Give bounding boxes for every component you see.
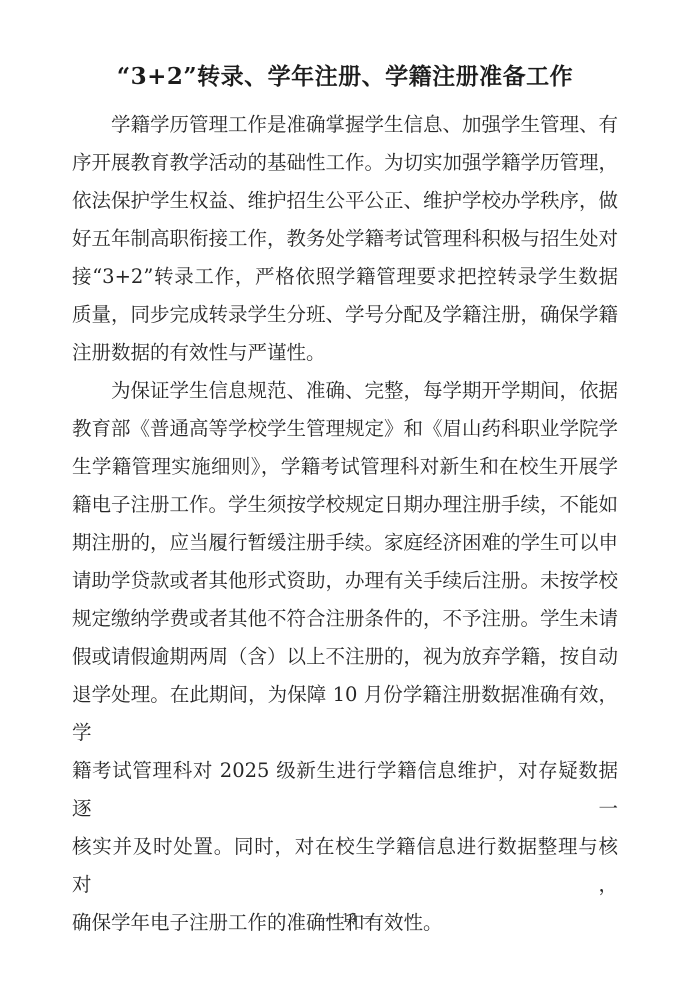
- paragraph-line: 学籍学历管理工作是准确掌握学生信息、加强学生管理、有: [72, 106, 618, 144]
- paragraph-line: 期注册的，应当履行暂缓注册手续。家庭经济困难的学生可以申: [72, 524, 618, 562]
- paragraph-line: 请助学贷款或者其他形式资助，办理有关手续后注册。未按学校: [72, 562, 618, 600]
- paragraph-1: 学籍学历管理工作是准确掌握学生信息、加强学生管理、有 序开展教育教学活动的基础性…: [72, 106, 618, 372]
- paragraph-line: 为保证学生信息规范、准确、完整，每学期开学期间，依据: [72, 372, 618, 410]
- paragraph-line: 规定缴纳学费或者其他不符合注册条件的，不予注册。学生未请: [72, 600, 618, 638]
- paragraph-line: 假或请假逾期两周（含）以上不注册的，视为放弃学籍，按自动: [72, 638, 618, 676]
- paragraph-line: 核实并及时处置。同时，对在校生学籍信息进行数据整理与核对，: [72, 828, 618, 904]
- paragraph-line: 接“3+2”转录工作，严格依照学籍管理要求把控转录学生数据: [72, 258, 618, 296]
- paragraph-line: 教育部《普通高等学校学生管理规定》和《眉山药科职业学院学: [72, 410, 618, 448]
- paragraph-line: 生学籍管理实施细则》，学籍考试管理科对新生和在校生开展学: [72, 448, 618, 486]
- document-title: “3+2”转录、学年注册、学籍注册准备工作: [72, 60, 618, 94]
- paragraph-line: 质量，同步完成转录学生分班、学号分配及学籍注册，确保学籍: [72, 296, 618, 334]
- paragraph-2: 为保证学生信息规范、准确、完整，每学期开学期间，依据 教育部《普通高等学校学生管…: [72, 372, 618, 942]
- page-number: — 14 —: [0, 911, 700, 926]
- paragraph-line: 退学处理。在此期间，为保障 10 月份学籍注册数据准确有效，学: [72, 676, 618, 752]
- paragraph-line: 依法保护学生权益、维护招生公平公正、维护学校办学秩序，做: [72, 182, 618, 220]
- paragraph-line: 籍电子注册工作。学生须按学校规定日期办理注册手续，不能如: [72, 486, 618, 524]
- document-page: “3+2”转录、学年注册、学籍注册准备工作 学籍学历管理工作是准确掌握学生信息、…: [0, 0, 700, 989]
- document-body: “3+2”转录、学年注册、学籍注册准备工作 学籍学历管理工作是准确掌握学生信息、…: [72, 60, 618, 942]
- paragraph-line: 序开展教育教学活动的基础性工作。为切实加强学籍学历管理，: [72, 144, 618, 182]
- paragraph-line: 注册数据的有效性与严谨性。: [72, 334, 618, 372]
- paragraph-line: 籍考试管理科对 2025 级新生进行学籍信息维护，对存疑数据逐一: [72, 752, 618, 828]
- paragraph-line: 好五年制高职衔接工作，教务处学籍考试管理科积极与招生处对: [72, 220, 618, 258]
